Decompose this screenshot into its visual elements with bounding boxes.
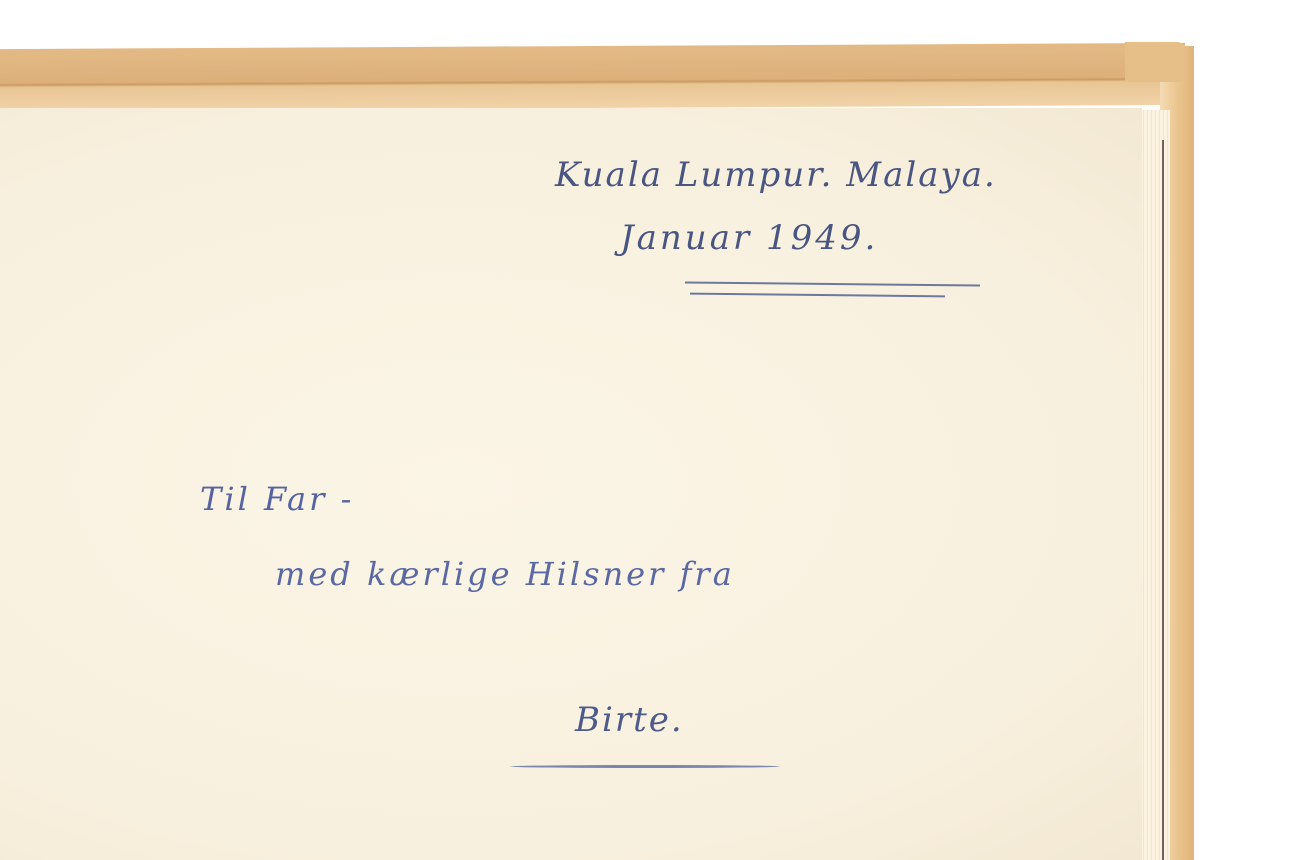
inscription-page [0,108,1142,860]
place-line: Kuala Lumpur. Malaya. [555,155,997,195]
signature-underline [510,765,780,768]
binding-thread [1162,140,1164,860]
message-line: med kærlige Hilsner fra [275,555,735,593]
date-line: Januar 1949. [620,218,878,258]
greeting-line: Til Far - [200,480,354,518]
cover-corner [1125,42,1185,82]
signature: Birte. [575,700,684,740]
page-edges [1140,110,1170,860]
book-cover-top-edge [0,43,1185,111]
